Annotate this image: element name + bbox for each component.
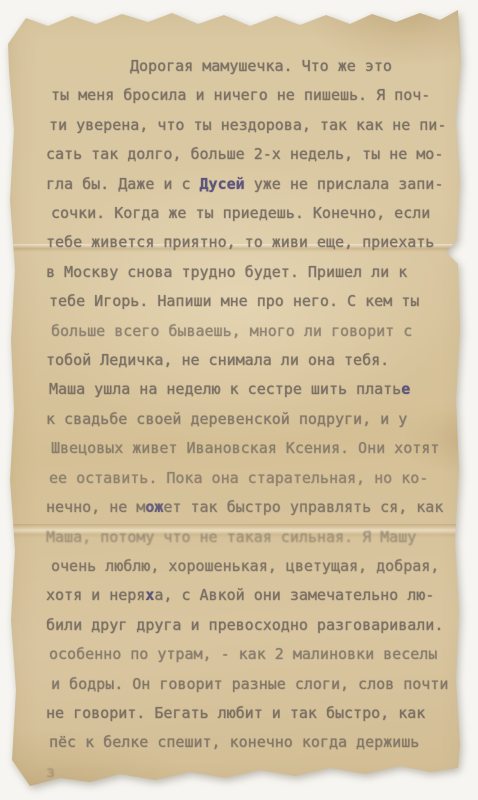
- letter-line: тобой Ледичка, не снимала ли она тебя.: [46, 346, 460, 375]
- letter-line: ее оставить. Пока она старательная, но к…: [49, 464, 460, 493]
- letter-line-segment: сочки. Когда же ты приедешь. Конечно, ес…: [51, 204, 430, 222]
- letter-line: сочки. Когда же ты приедешь. Конечно, ес…: [51, 199, 460, 228]
- letter-line: сать так долго, больше 2-х недель, ты не…: [46, 140, 460, 169]
- letter-line-segment: сать так долго, больше 2-х недель, ты не…: [46, 145, 443, 163]
- paper-shadow: Дорогая мамушечка. Что же этоты меня бро…: [0, 0, 478, 800]
- letter-line: гла бы. Даже и с Дусей уже не прислала з…: [46, 170, 460, 199]
- letter-line-segment: били друг друга и превосходно разговарив…: [46, 616, 443, 634]
- letter-line: к свадьбе своей деревенской подруги, и у: [46, 405, 460, 434]
- letter-line: з: [46, 758, 460, 787]
- letter-line-segment: е: [401, 380, 410, 398]
- letter-line-segment: к свадьбе своей деревенской подруги, и у: [46, 410, 407, 428]
- letter-line-segment: тебе Игорь. Напиши мне про него. С кем т…: [49, 292, 419, 310]
- letter-line: били друг друга и превосходно разговарив…: [46, 611, 460, 640]
- letter-line-segment: ти уверена, что ты нездорова, так как не…: [49, 116, 446, 134]
- letter-line: ти уверена, что ты нездорова, так как не…: [49, 111, 460, 140]
- letter-line-segment: Дусей: [200, 175, 245, 193]
- letter-line: не говорит. Бегать любит и так быстро, к…: [46, 699, 460, 728]
- letter-line-segment: Маша ушла на неделю к сестре шить плать: [49, 380, 401, 398]
- letter-text: Дорогая мамушечка. Что же этоты меня бро…: [46, 52, 460, 787]
- letter-line-segment: нечно, не м: [46, 498, 145, 516]
- letter-line-segment: очень люблю, хорошенькая, цветущая, добр…: [51, 557, 439, 575]
- letter-line: тебе живется приятно, то живи еще, приех…: [46, 228, 460, 257]
- letter-paper: Дорогая мамушечка. Что же этоты меня бро…: [0, 0, 478, 800]
- letter-line: Дорогая мамушечка. Что же это: [46, 52, 460, 81]
- letter-line-segment: тобой Ледичка, не снимала ли она тебя.: [46, 351, 389, 369]
- letter-line: пёс к белке спешит, конечно когда держиш…: [49, 728, 460, 757]
- letter-line-segment: хотя и неря: [46, 586, 145, 604]
- letter-line-segment: уже не прислала запи-: [245, 175, 444, 193]
- letter-line-segment: и бодры. Он говорит разные слоги, слов п…: [51, 675, 448, 693]
- letter-line-segment: ты меня бросила и ничего не пишешь. Я по…: [51, 86, 430, 104]
- letter-line: и бодры. Он говорит разные слоги, слов п…: [51, 670, 460, 699]
- letter-line-segment: Швецовых живет Ивановская Ксения. Они хо…: [51, 439, 439, 457]
- letter-line-segment: особенно по утрам, - как 2 малиновки вес…: [49, 645, 437, 663]
- scan-background: Дорогая мамушечка. Что же этоты меня бро…: [0, 0, 478, 800]
- letter-line-segment: пёс к белке спешит, конечно когда держиш…: [49, 733, 419, 751]
- letter-line-segment: не говорит. Бегать любит и так быстро, к…: [46, 704, 425, 722]
- letter-line-segment: ож: [145, 498, 163, 516]
- letter-line: Швецовых живет Ивановская Ксения. Они хо…: [51, 434, 460, 463]
- letter-line: Маша ушла на неделю к сестре шить платье: [49, 375, 460, 404]
- letter-line-segment: ет так быстро управлять ся, как: [163, 498, 443, 516]
- letter-line-segment: а, с Авкой они замечательно лю-: [154, 586, 434, 604]
- letter-line-segment: ее оставить. Пока она старательная, но к…: [49, 469, 428, 487]
- letter-line-segment: з: [46, 763, 55, 781]
- letter-line: ты меня бросила и ничего не пишешь. Я по…: [51, 81, 460, 110]
- letter-line-segment: Маша, потому что не такая сильная. Я Маш…: [46, 528, 416, 546]
- letter-line: особенно по утрам, - как 2 малиновки вес…: [49, 640, 460, 669]
- letter-line-segment: Дорогая мамушечка. Что же это: [130, 57, 392, 75]
- letter-line: в Москву снова трудно будет. Пришел ли к: [46, 258, 460, 287]
- letter-line: больше всего бываешь, много ли говорит с: [51, 317, 460, 346]
- letter-line: тебе Игорь. Напиши мне про него. С кем т…: [49, 287, 460, 316]
- letter-line: нечно, не может так быстро управлять ся,…: [46, 493, 460, 522]
- letter-line-segment: в Москву снова трудно будет. Пришел ли к: [46, 263, 407, 281]
- letter-line: очень люблю, хорошенькая, цветущая, добр…: [51, 552, 460, 581]
- letter-line: Маша, потому что не такая сильная. Я Маш…: [46, 523, 460, 552]
- letter-line-segment: больше всего бываешь, много ли говорит с: [51, 322, 412, 340]
- letter-line: хотя и неряха, с Авкой они замечательно …: [46, 581, 460, 610]
- letter-line-segment: тебе живется приятно, то живи еще, приех…: [46, 233, 434, 251]
- letter-line-segment: гла бы. Даже и с: [46, 175, 200, 193]
